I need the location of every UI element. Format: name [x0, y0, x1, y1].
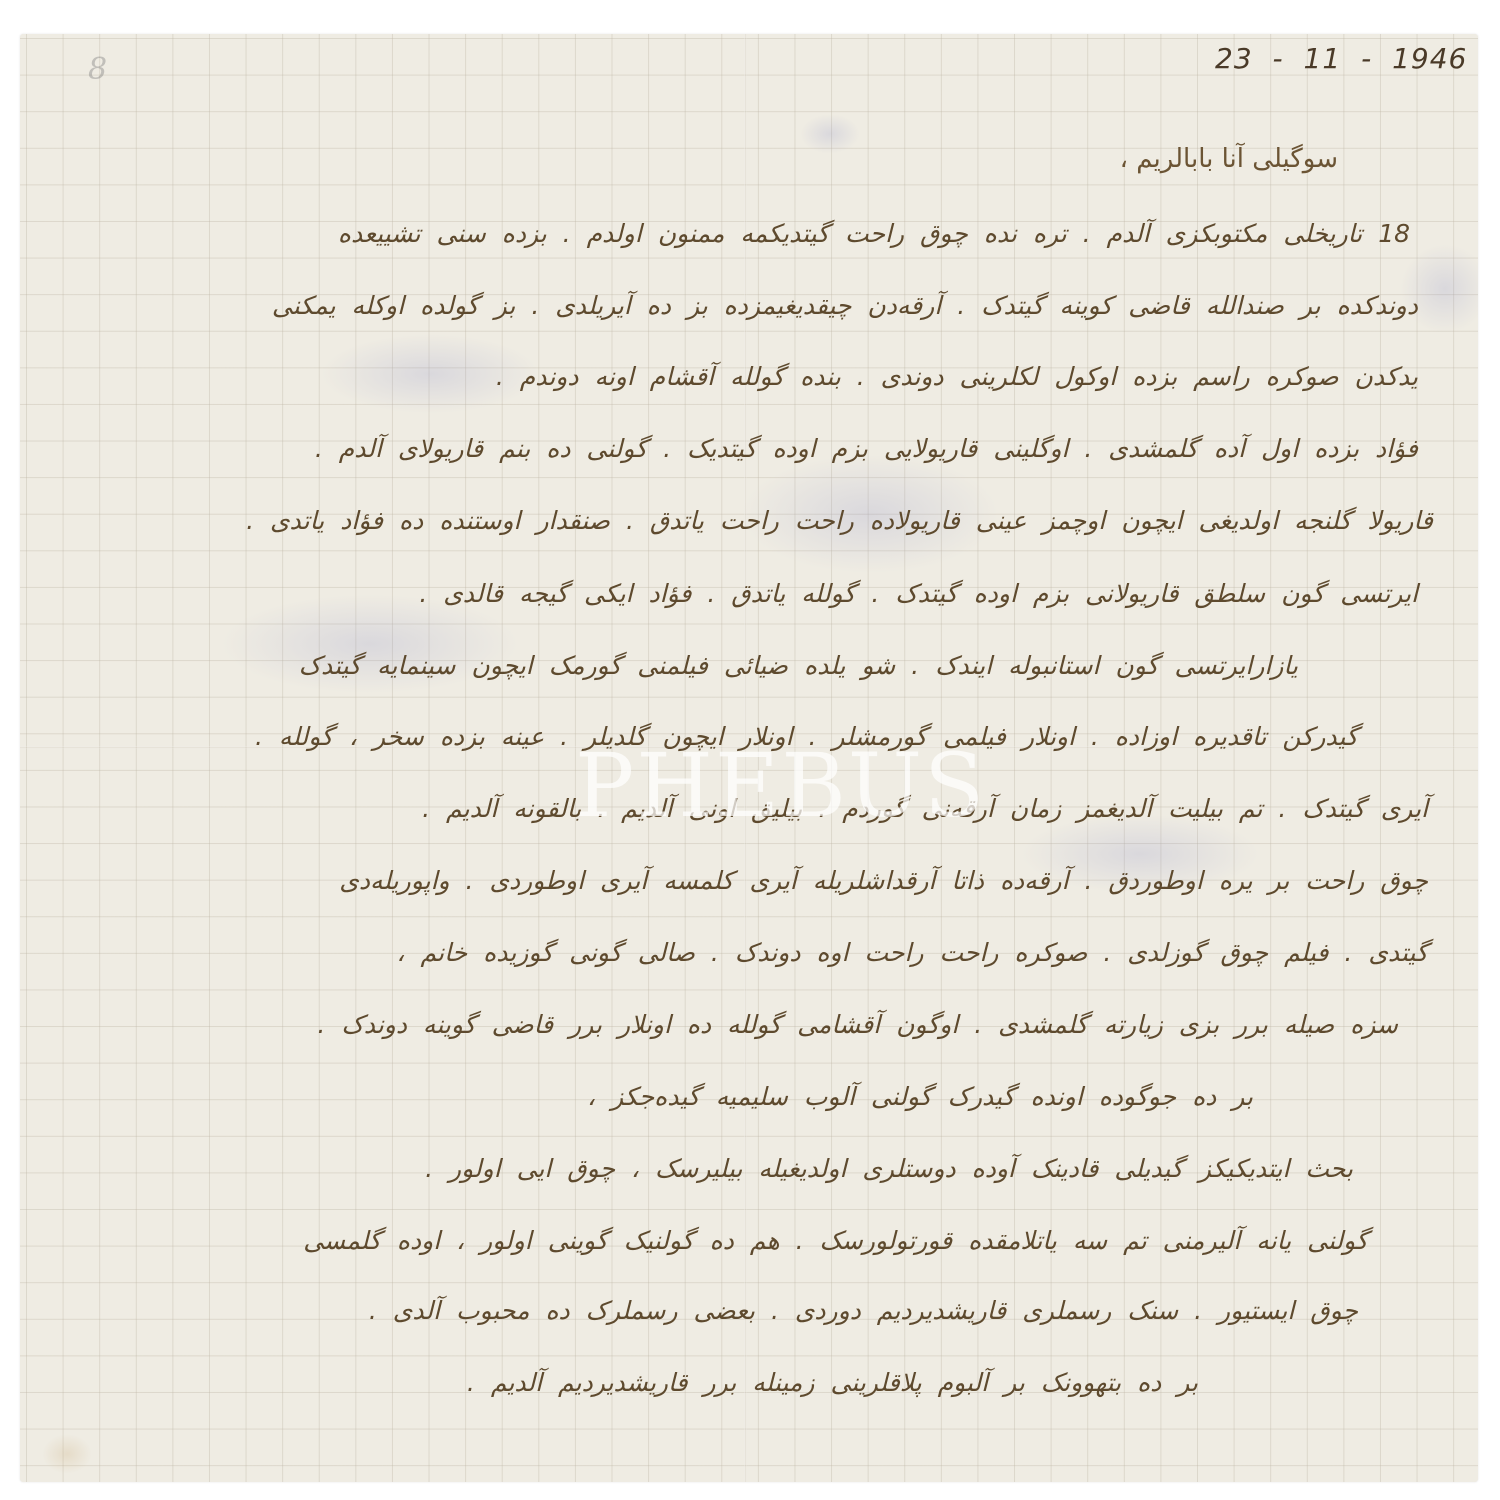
letter-date: 23 - 11 - 1946 — [1215, 42, 1467, 75]
letter-line: گیتدی . فیلم چوق گوزلدی . صوکره راحت راح… — [396, 938, 1428, 967]
letter-line: بر ده بتهوونک بر آلبوم پلاقلرینی زمینله … — [467, 1368, 1198, 1397]
letter-line: گولنی یانه آلیرمنی تم سه یاتلامقده قورتو… — [303, 1226, 1368, 1255]
page-number-mark: 8 — [88, 52, 107, 87]
ink-bleed-spot — [800, 114, 860, 154]
letter-greeting: سوگیلی آنا بابالریم ، — [1120, 144, 1338, 174]
ink-bleed-spot — [1400, 244, 1478, 334]
letter-line: یدکدن صوکره راسم بزده اوکول لکلرینی دوند… — [496, 362, 1418, 391]
letter-line: دوندکده بر صندالله قاضی کوینه گیتدک . آر… — [272, 291, 1418, 320]
letter-line: سزه صیله برر بزی زیارته گلمشدی . اوگون آ… — [317, 1010, 1398, 1039]
letter-line: آیری گیتدک . تم بیلیت آلدیغمز زمان آرقه‌… — [422, 794, 1428, 823]
letter-line: قاریولا گلنجه اولدیغی ایچون اوچمز عینی ق… — [246, 506, 1433, 535]
paper-stain — [42, 1434, 92, 1474]
vertical-fold — [744, 34, 747, 1482]
letter-line: بحث ایتدیکیکز گیدیلی قادینک آوده دوستلری… — [425, 1154, 1353, 1183]
letter-line: فؤاد بزده اول آده گلمشدی . اوگلینی قاریو… — [315, 434, 1418, 463]
letter-paper: 8 23 - 11 - 1946 سوگیلی آنا بابالریم ، 1… — [20, 34, 1478, 1482]
letter-line: بر ده جوگوده اونده گیدرک گولنی آلوب سلیم… — [587, 1082, 1253, 1111]
letter-line: ایرتسی گون سلطق قاریولانی بزم اوده گیتدک… — [419, 579, 1418, 608]
letter-line: 18 تاریخلی مکتوبکزی آلدم . تره نده چوق ر… — [338, 219, 1410, 248]
letter-line: گیدرکن تاقدیره اوزاده . اونلار فیلمی گور… — [255, 722, 1358, 751]
letter-line: چوق ایستیور . سنک رسملری قاریشدیردیم دور… — [369, 1296, 1358, 1325]
letter-line: یازارایرتسی گون استانبوله ایندک . شو یلد… — [299, 651, 1298, 680]
letter-line: چوق راحت بر یره اوطوردق . آرقه‌ده ذاتا آ… — [339, 866, 1428, 895]
